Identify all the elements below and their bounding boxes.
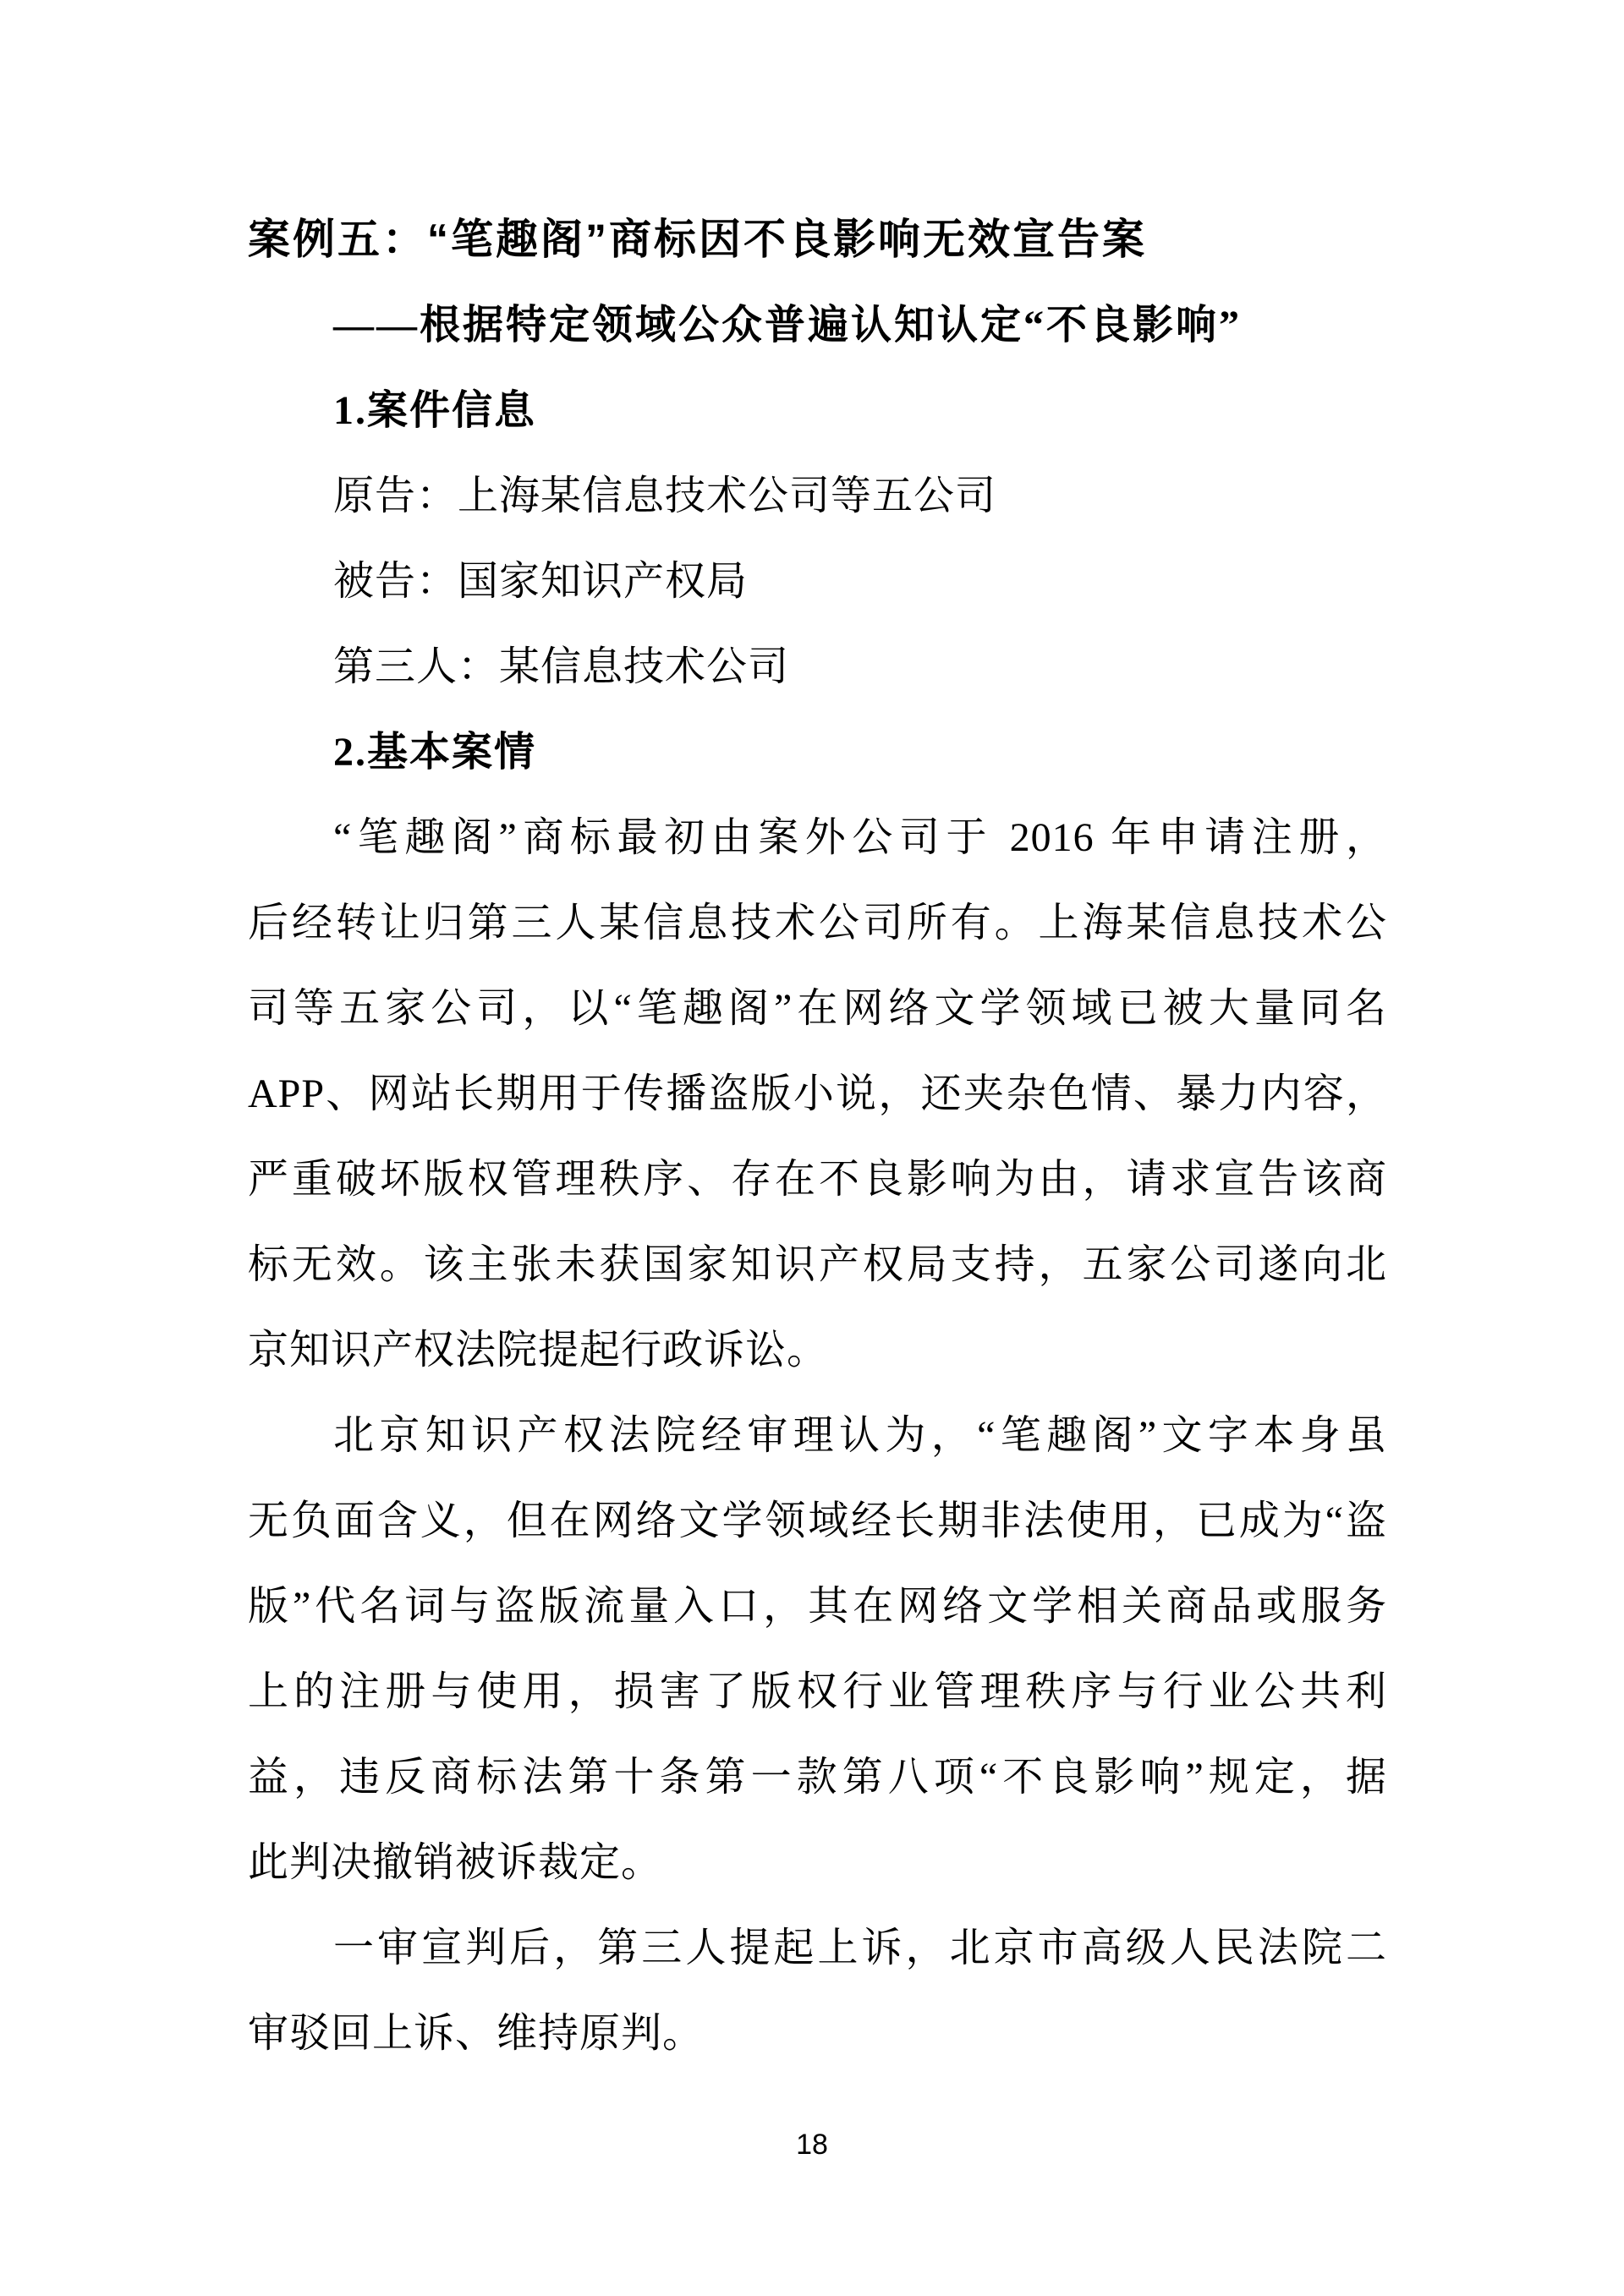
case-info-heading: 1.案件信息 [248, 368, 1387, 453]
document-body: 案例五：“笔趣阁”商标因不良影响无效宣告案 ——根据特定领域公众普遍认知认定“不… [248, 197, 1387, 2076]
para1-line-1: “笔趣阁”商标最初由案外公司于 2016 年申请注册， [248, 795, 1387, 880]
para1-line-6: 标无效。该主张未获国家知识产权局支持，五家公司遂向北 [248, 1222, 1387, 1307]
para1-line-2: 后经转让归第三人某信息技术公司所有。上海某信息技术公 [248, 880, 1387, 966]
case-subtitle: ——根据特定领域公众普遍认知认定“不良影响” [248, 282, 1387, 368]
page-number: 18 [0, 2128, 1624, 2162]
third-party-line: 第三人：某信息技术公司 [248, 624, 1387, 710]
para2-line-6: 此判决撤销被诉裁定。 [248, 1820, 1387, 1905]
case-title: 案例五：“笔趣阁”商标因不良影响无效宣告案 [248, 197, 1387, 282]
para2-line-4: 上的注册与使用，损害了版权行业管理秩序与行业公共利 [248, 1649, 1387, 1734]
para2-line-3: 版”代名词与盗版流量入口，其在网络文学相关商品或服务 [248, 1564, 1387, 1649]
para1-line-4: APP、网站长期用于传播盗版小说，还夹杂色情、暴力内容， [248, 1051, 1387, 1137]
para1-line-7: 京知识产权法院提起行政诉讼。 [248, 1307, 1387, 1393]
document-page: 案例五：“笔趣阁”商标因不良影响无效宣告案 ——根据特定领域公众普遍认知认定“不… [0, 0, 1624, 2296]
basic-facts-heading: 2.基本案情 [248, 710, 1387, 795]
para1-line-5: 严重破坏版权管理秩序、存在不良影响为由，请求宣告该商 [248, 1137, 1387, 1222]
para1-line-3: 司等五家公司，以“笔趣阁”在网络文学领域已被大量同名 [248, 966, 1387, 1051]
defendant-line: 被告：国家知识产权局 [248, 539, 1387, 624]
para3-line-1: 一审宣判后，第三人提起上诉，北京市高级人民法院二 [248, 1905, 1387, 1991]
plaintiff-line: 原告：上海某信息技术公司等五公司 [248, 453, 1387, 539]
para3-line-2: 审驳回上诉、维持原判。 [248, 1991, 1387, 2076]
para2-line-5: 益，违反商标法第十条第一款第八项“不良影响”规定，据 [248, 1734, 1387, 1820]
para2-line-1: 北京知识产权法院经审理认为，“笔趣阁”文字本身虽 [248, 1393, 1387, 1478]
para2-line-2: 无负面含义，但在网络文学领域经长期非法使用，已成为“盗 [248, 1478, 1387, 1564]
